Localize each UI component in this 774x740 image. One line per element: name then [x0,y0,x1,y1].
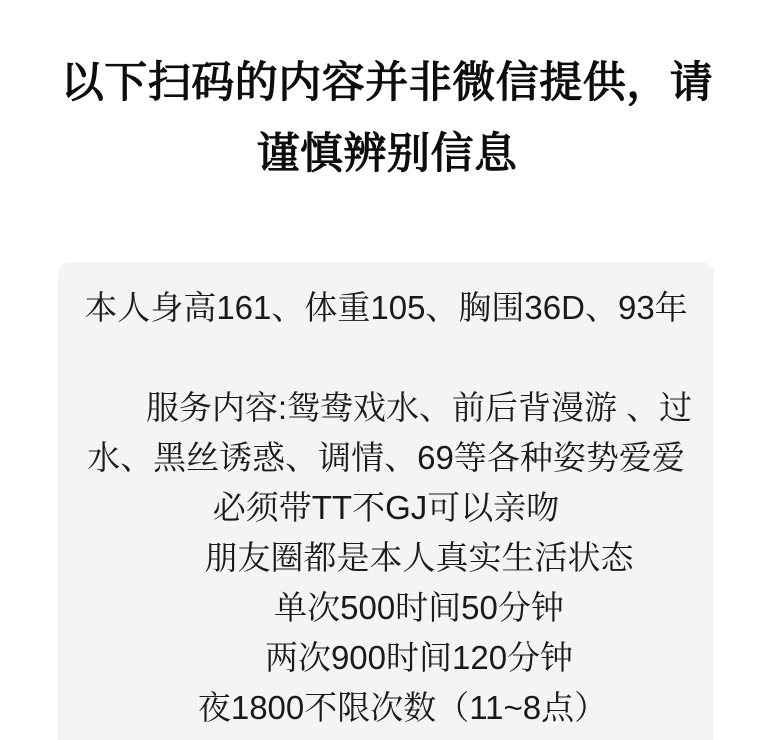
warning-title-line-2: 谨慎辨别信息 [0,119,774,190]
content-line: 水、黑丝诱惑、调情、69等各种姿势爱爱 [58,433,714,483]
content-line-intro: 本人身高161、体重105、胸围36D、93年 [58,283,714,333]
content-line: 朋友圈都是本人真实生活状态 [58,533,714,583]
content-line: 两次900时间120分钟 [58,633,714,683]
wechat-scan-warning-title: 以下扫码的内容并非微信提供，请 谨慎辨别信息 [0,48,774,190]
content-line: 单次500时间50分钟 [58,583,714,633]
scan-result-page: 以下扫码的内容并非微信提供，请 谨慎辨别信息 本人身高161、体重105、胸围3… [0,0,774,740]
warning-title-line-1: 以下扫码的内容并非微信提供，请 [0,48,774,119]
content-line: 必须带TT不GJ可以亲吻 [58,483,714,533]
content-line: 服务内容:鸳鸯戏水、前后背漫游 、过 [58,383,714,433]
content-line: 夜1800不限次数（11~8点） [58,683,714,733]
scanned-content-card: 本人身高161、体重105、胸围36D、93年 服务内容:鸳鸯戏水、前后背漫游 … [58,262,714,740]
